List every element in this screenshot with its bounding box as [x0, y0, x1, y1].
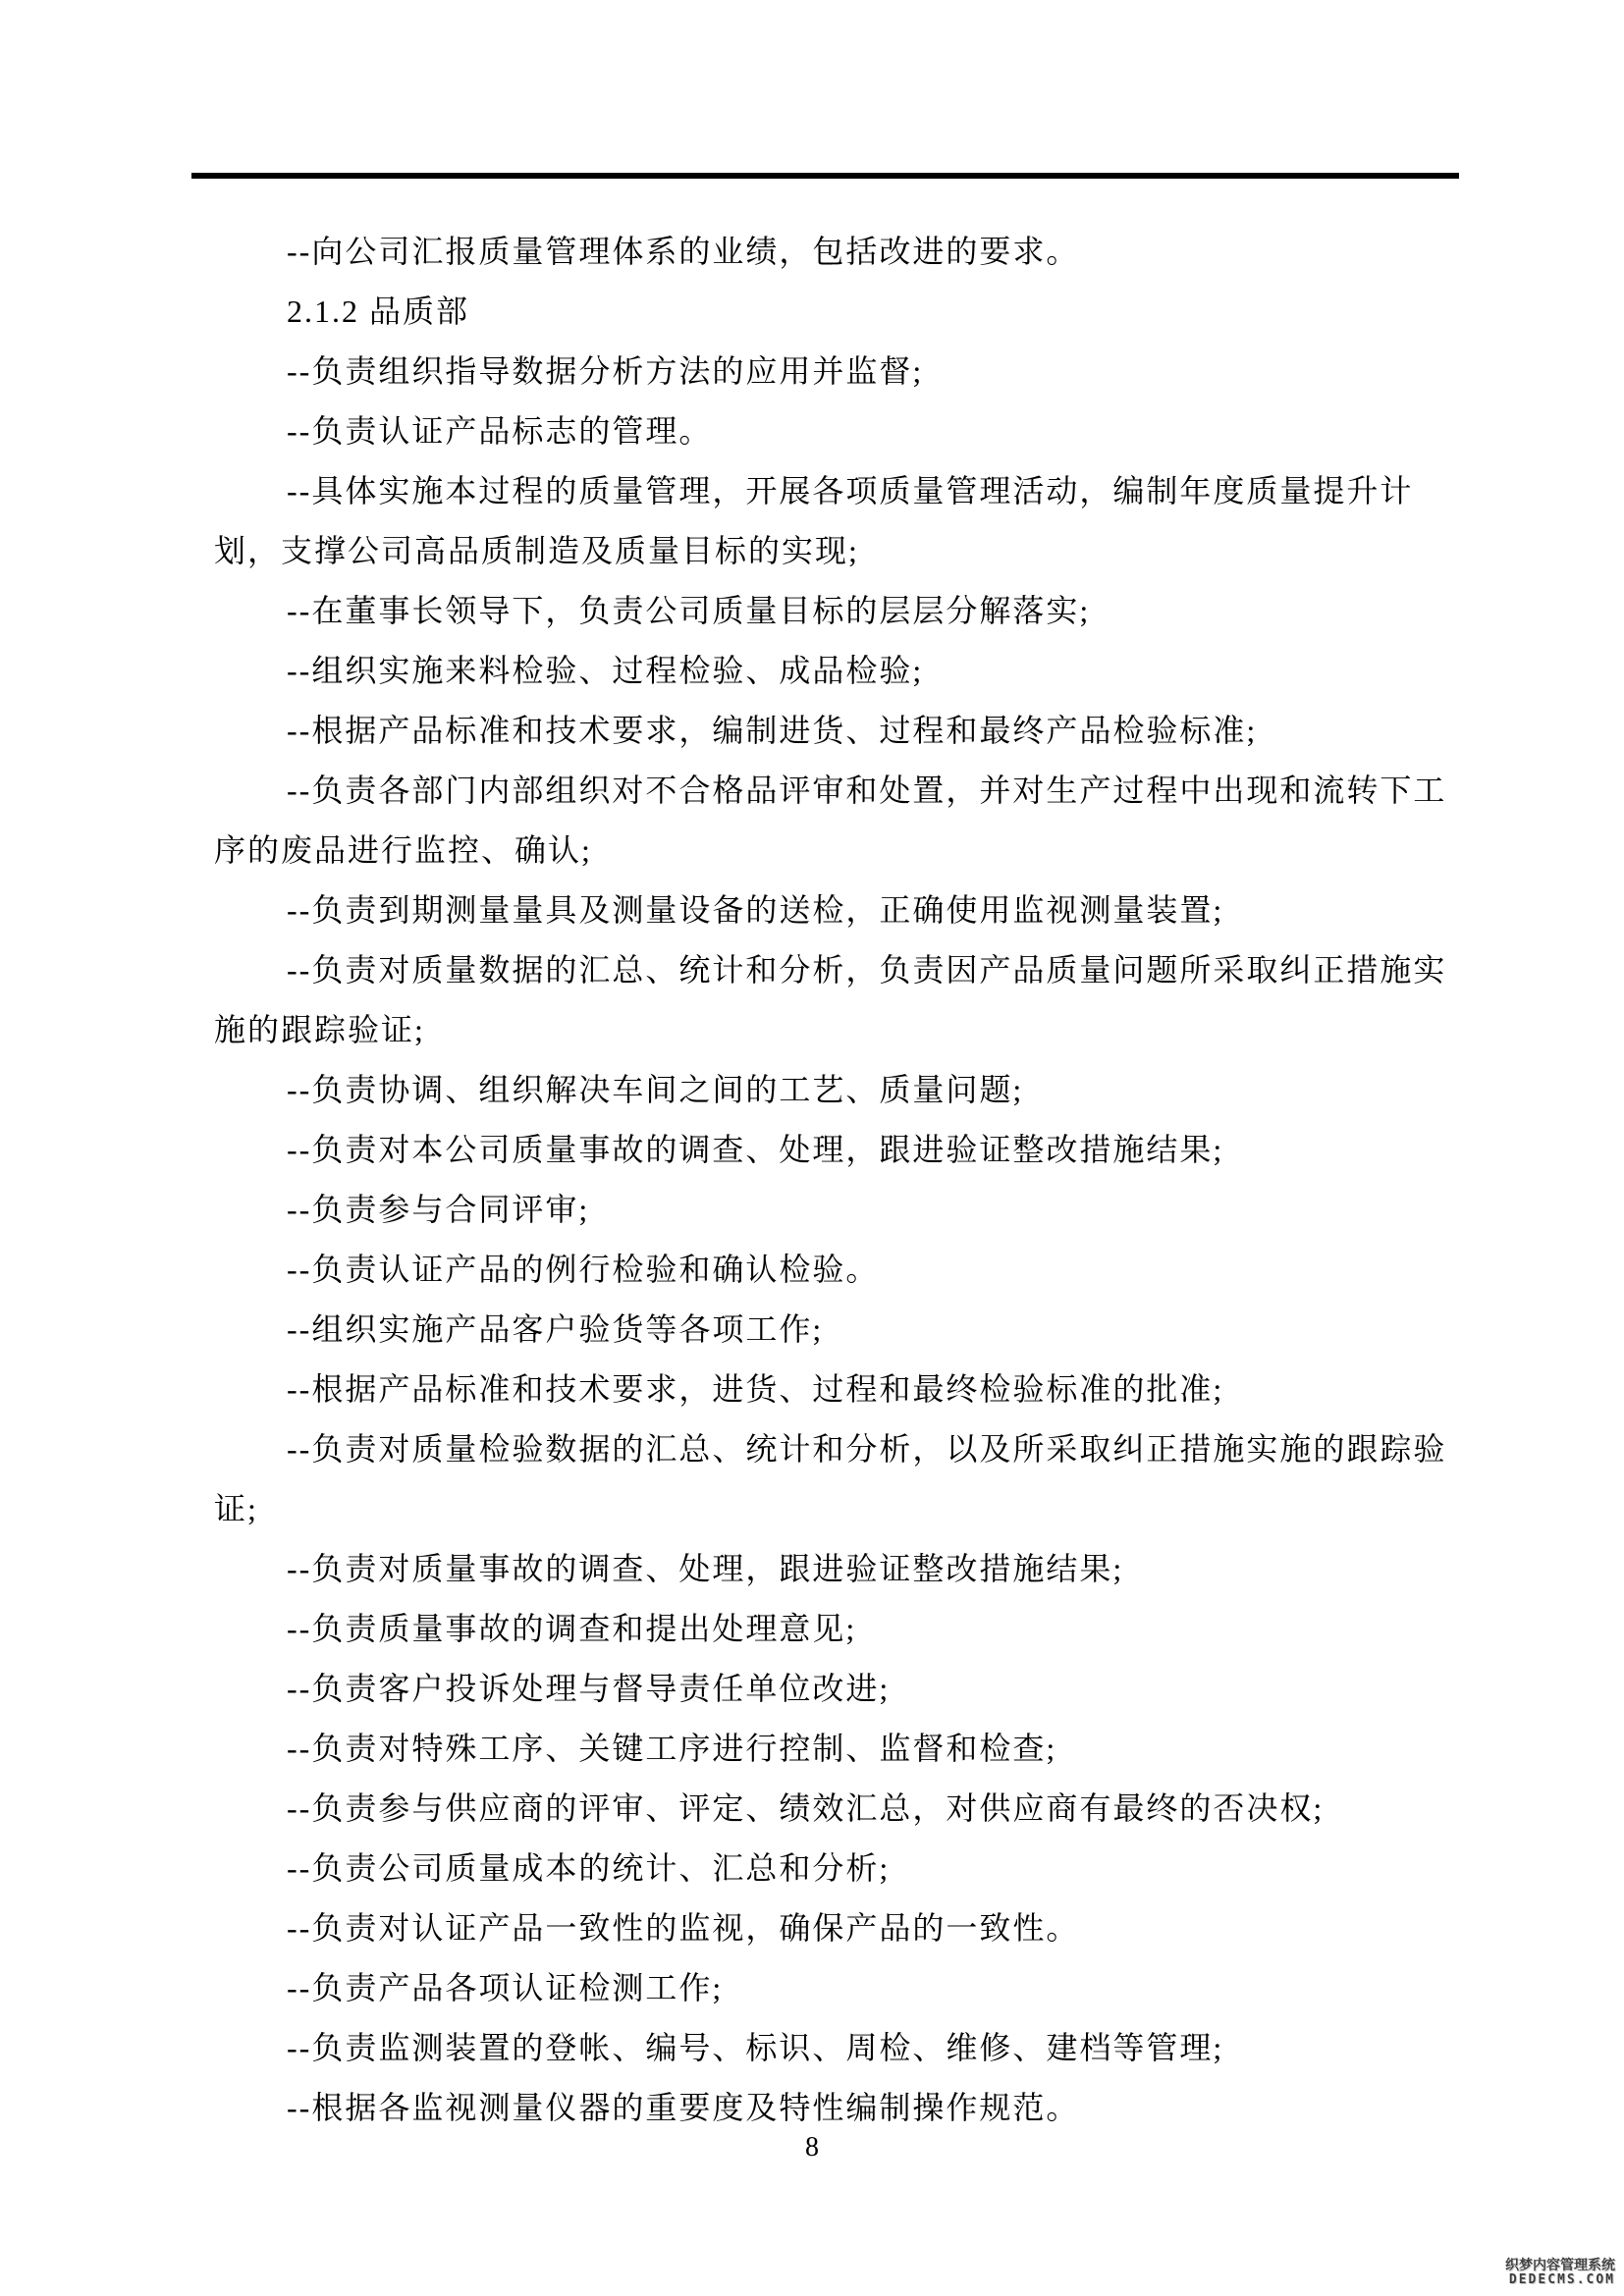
- text-line: --组织实施产品客户验货等各项工作;: [214, 1300, 1476, 1360]
- page-number: 8: [0, 2128, 1624, 2167]
- text-line: 划，支撑公司高品质制造及质量目标的实现;: [214, 521, 1476, 581]
- watermark: 织梦内容管理系统 DEDECMS.COM: [1505, 2258, 1615, 2287]
- text-line: --组织实施来料检验、过程检验、成品检验;: [214, 641, 1476, 701]
- text-line: --负责产品各项认证检测工作;: [214, 1958, 1476, 2018]
- text-line: --负责对质量事故的调查、处理，跟进验证整改措施结果;: [214, 1539, 1476, 1599]
- text-line: --负责对质量数据的汇总、统计和分析，负责因产品质量问题所采取纠正措施实: [214, 940, 1476, 1000]
- document-lines: --向公司汇报质量管理体系的业绩，包括改进的要求。2.1.2 品质部--负责组织…: [214, 222, 1476, 2138]
- text-line: --负责认证产品的例行检验和确认检验。: [214, 1240, 1476, 1300]
- text-line: 施的跟踪验证;: [214, 1000, 1476, 1060]
- text-line: --负责对质量检验数据的汇总、统计和分析，以及所采取纠正措施实施的跟踪验: [214, 1419, 1476, 1479]
- text-line: --根据产品标准和技术要求，进货、过程和最终检验标准的批准;: [214, 1360, 1476, 1419]
- header-rule: [191, 173, 1459, 179]
- text-line: --负责质量事故的调查和提出处理意见;: [214, 1599, 1476, 1659]
- text-line: 证;: [214, 1479, 1476, 1539]
- watermark-cn-text: 织梦内容管理系统: [1505, 2258, 1615, 2272]
- text-line: --在董事长领导下，负责公司质量目标的层层分解落实;: [214, 581, 1476, 641]
- text-line: --负责参与合同评审;: [214, 1180, 1476, 1240]
- text-line: --负责对特殊工序、关键工序进行控制、监督和检查;: [214, 1719, 1476, 1779]
- text-line: --负责到期测量量具及测量设备的送检，正确使用监视测量装置;: [214, 881, 1476, 940]
- text-line: 序的废品进行监控、确认;: [214, 821, 1476, 881]
- text-line: --负责公司质量成本的统计、汇总和分析;: [214, 1839, 1476, 1898]
- text-line: --负责各部门内部组织对不合格品评审和处置，并对生产过程中出现和流转下工: [214, 761, 1476, 821]
- text-line: --负责协调、组织解决车间之间的工艺、质量问题;: [214, 1060, 1476, 1120]
- text-line: --负责对认证产品一致性的监视，确保产品的一致性。: [214, 1898, 1476, 1958]
- text-line: --负责认证产品标志的管理。: [214, 401, 1476, 461]
- text-line: --向公司汇报质量管理体系的业绩，包括改进的要求。: [214, 222, 1476, 282]
- watermark-en-text: DEDECMS.COM: [1505, 2272, 1615, 2287]
- text-line: 2.1.2 品质部: [214, 282, 1476, 342]
- text-line: --负责客户投诉处理与督导责任单位改进;: [214, 1659, 1476, 1719]
- text-line: --负责组织指导数据分析方法的应用并监督;: [214, 342, 1476, 401]
- text-line: --根据产品标准和技术要求，编制进货、过程和最终产品检验标准;: [214, 701, 1476, 761]
- text-line: --具体实施本过程的质量管理，开展各项质量管理活动，编制年度质量提升计: [214, 461, 1476, 521]
- text-line: --负责参与供应商的评审、评定、绩效汇总，对供应商有最终的否决权;: [214, 1779, 1476, 1839]
- document-page: --向公司汇报质量管理体系的业绩，包括改进的要求。2.1.2 品质部--负责组织…: [0, 0, 1624, 2296]
- text-line: --负责对本公司质量事故的调查、处理，跟进验证整改措施结果;: [214, 1120, 1476, 1180]
- text-line: --负责监测装置的登帐、编号、标识、周检、维修、建档等管理;: [214, 2018, 1476, 2078]
